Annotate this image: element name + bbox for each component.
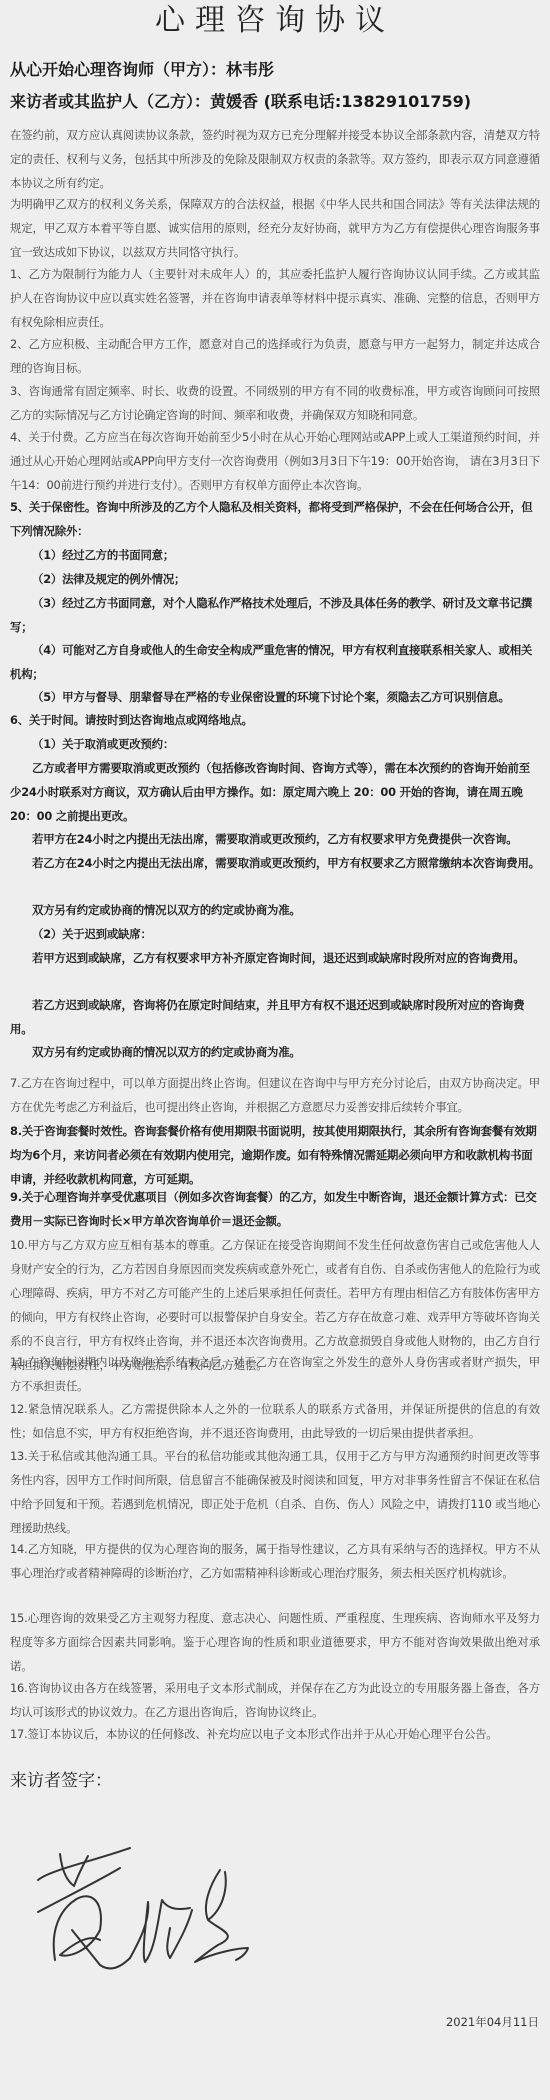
clause-6-sub1-title: （1）关于取消或更改预约： <box>10 732 540 756</box>
agreement-page: 心理咨询协议 从心开始心理咨询师（甲方）：林韦彤 来访者或其监护人（乙方）：黄媛… <box>0 0 550 2100</box>
clause-11: 11.在咨询协议期内以及咨询关系结束之后，对于乙方在咨询室之外发生的意外人身伤害… <box>10 1350 540 1398</box>
intro-paragraph-2: 为明确甲乙双方的权利义务关系，保障双方的合法权益，根据《中华人民共和国合同法》等… <box>10 192 540 264</box>
clause-4: 4、关于付费。乙方应当在每次咨询开始前至少5小时在从心开始心理网站或APP上或人… <box>10 425 540 497</box>
clause-17: 17.签订本协议后，本协议的任何修改、补充均应以电子文本形式作出并于从心开始心理… <box>10 1722 540 1746</box>
clause-12: 12.紧急情况联系人。乙方需提供除本人之外的一位联系人的联系方式备用，并保证所提… <box>10 1397 540 1445</box>
clause-6-sub1-item-3: 若乙方在24小时之内提出无法出席，需要取消或更改预约，甲方有权要求乙方照常缴纳本… <box>10 851 540 875</box>
clause-6-sub1-item-4: 双方另有约定或协商的情况以双方的约定或协商为准。 <box>10 898 540 922</box>
clause-6-sub2-item-2: 若乙方迟到或缺席，咨询将仍在原定时间结束，并且甲方有权不退还迟到或缺席时段所对应… <box>10 993 540 1041</box>
page-title: 心理咨询协议 <box>0 6 550 36</box>
clause-13: 13.关于私信或其他沟通工具。平台的私信功能或其他沟通工具，仅用于乙方与甲方沟通… <box>10 1444 540 1540</box>
clause-6-sub1-item-2: 若甲方在24小时之内提出无法出席，需要取消或更改预约，乙方有权要求甲方免费提供一… <box>10 827 540 851</box>
clause-1: 1、乙方为限制行为能力人（主要针对未成年人）的，其应委托监护人履行咨询协议认同手… <box>10 262 540 334</box>
clause-5-item-3: （3）经过乙方书面同意，对个人隐私作严格技术处理后，不涉及具体任务的教学、研讨及… <box>10 591 540 639</box>
handwritten-signature-icon <box>30 1840 260 1984</box>
clause-6-sub2-title: （2）关于迟到或缺席： <box>10 922 540 946</box>
clause-5-item-1: （1）经过乙方的书面同意； <box>10 543 540 567</box>
party-a: 从心开始心理咨询师（甲方）：林韦彤 <box>10 60 274 80</box>
clause-5-item-2: （2）法律及规定的例外情况； <box>10 567 540 591</box>
clause-7: 7.乙方在咨询过程中，可以单方面提出终止咨询。但建议在咨询中与甲方充分讨论后，由… <box>10 1071 540 1119</box>
party-b: 来访者或其监护人（乙方）：黄媛香 (联系电话:13829101759) <box>10 92 471 112</box>
signature-label: 来访者签字： <box>10 1771 112 1791</box>
clause-5-item-5: （5）甲方与督导、朋辈督导在严格的专业保密设置的环境下讨论个案，须隐去乙方可识别… <box>10 685 540 709</box>
intro-paragraph-1: 在签约前，双方应认真阅读协议条款，签约时视为双方已充分理解并接受本协议全部条款内… <box>10 123 540 195</box>
clause-5-lead: 5、关于保密性。咨询中所涉及的乙方个人隐私及相关资料，都将受到严格保护，不会在任… <box>10 495 540 543</box>
clause-6-sub1-item-1: 乙方或者甲方需要取消或更改预约（包括修改咨询时间、咨询方式等），需在本次预约的咨… <box>10 756 540 828</box>
clause-15: 15.心理咨询的效果受乙方主观努力程度、意志决心、问题性质、严重程度、生理疾病、… <box>10 1606 540 1678</box>
clause-5-item-4: （4）可能对乙方自身或他人的生命安全构成严重危害的情况，甲方有权利直接联系相关家… <box>10 638 540 686</box>
clause-8: 8.关于咨询套餐时效性。咨询套餐价格有使用期限书面说明，按其使用期限执行，其余所… <box>10 1119 540 1191</box>
clause-6-sub2-item-3: 双方另有约定或协商的情况以双方的约定或协商为准。 <box>10 1040 540 1064</box>
clause-14: 14.乙方知晓，甲方提供的仅为心理咨询的服务，属于指导性建议，乙方具有采纳与否的… <box>10 1537 540 1585</box>
clause-9: 9.关于心理咨询并享受优惠项目（例如多次咨询套餐）的乙方，如发生中断咨询，退还金… <box>10 1185 540 1233</box>
clause-6-sub2-item-1: 若甲方迟到或缺席，乙方有权要求甲方补齐原定咨询时间，退还迟到或缺席时段所对应的咨… <box>10 946 540 970</box>
clause-6-lead: 6、关于时间。请按时到达咨询地点或网络地点。 <box>10 708 540 732</box>
clause-2: 2、乙方应积极、主动配合甲方工作，愿意对自己的选择或行为负责，愿意与甲方一起努力… <box>10 332 540 380</box>
clause-3: 3、咨询通常有固定频率、时长、收费的设置。不同级别的甲方有不同的收费标准，甲方或… <box>10 379 540 427</box>
signing-date: 2021年04月11日 <box>446 2014 539 2030</box>
clause-16: 16.咨询协议由各方在线签署，采用电子文本形式制成，并保存在乙方为此设立的专用服… <box>10 1676 540 1724</box>
